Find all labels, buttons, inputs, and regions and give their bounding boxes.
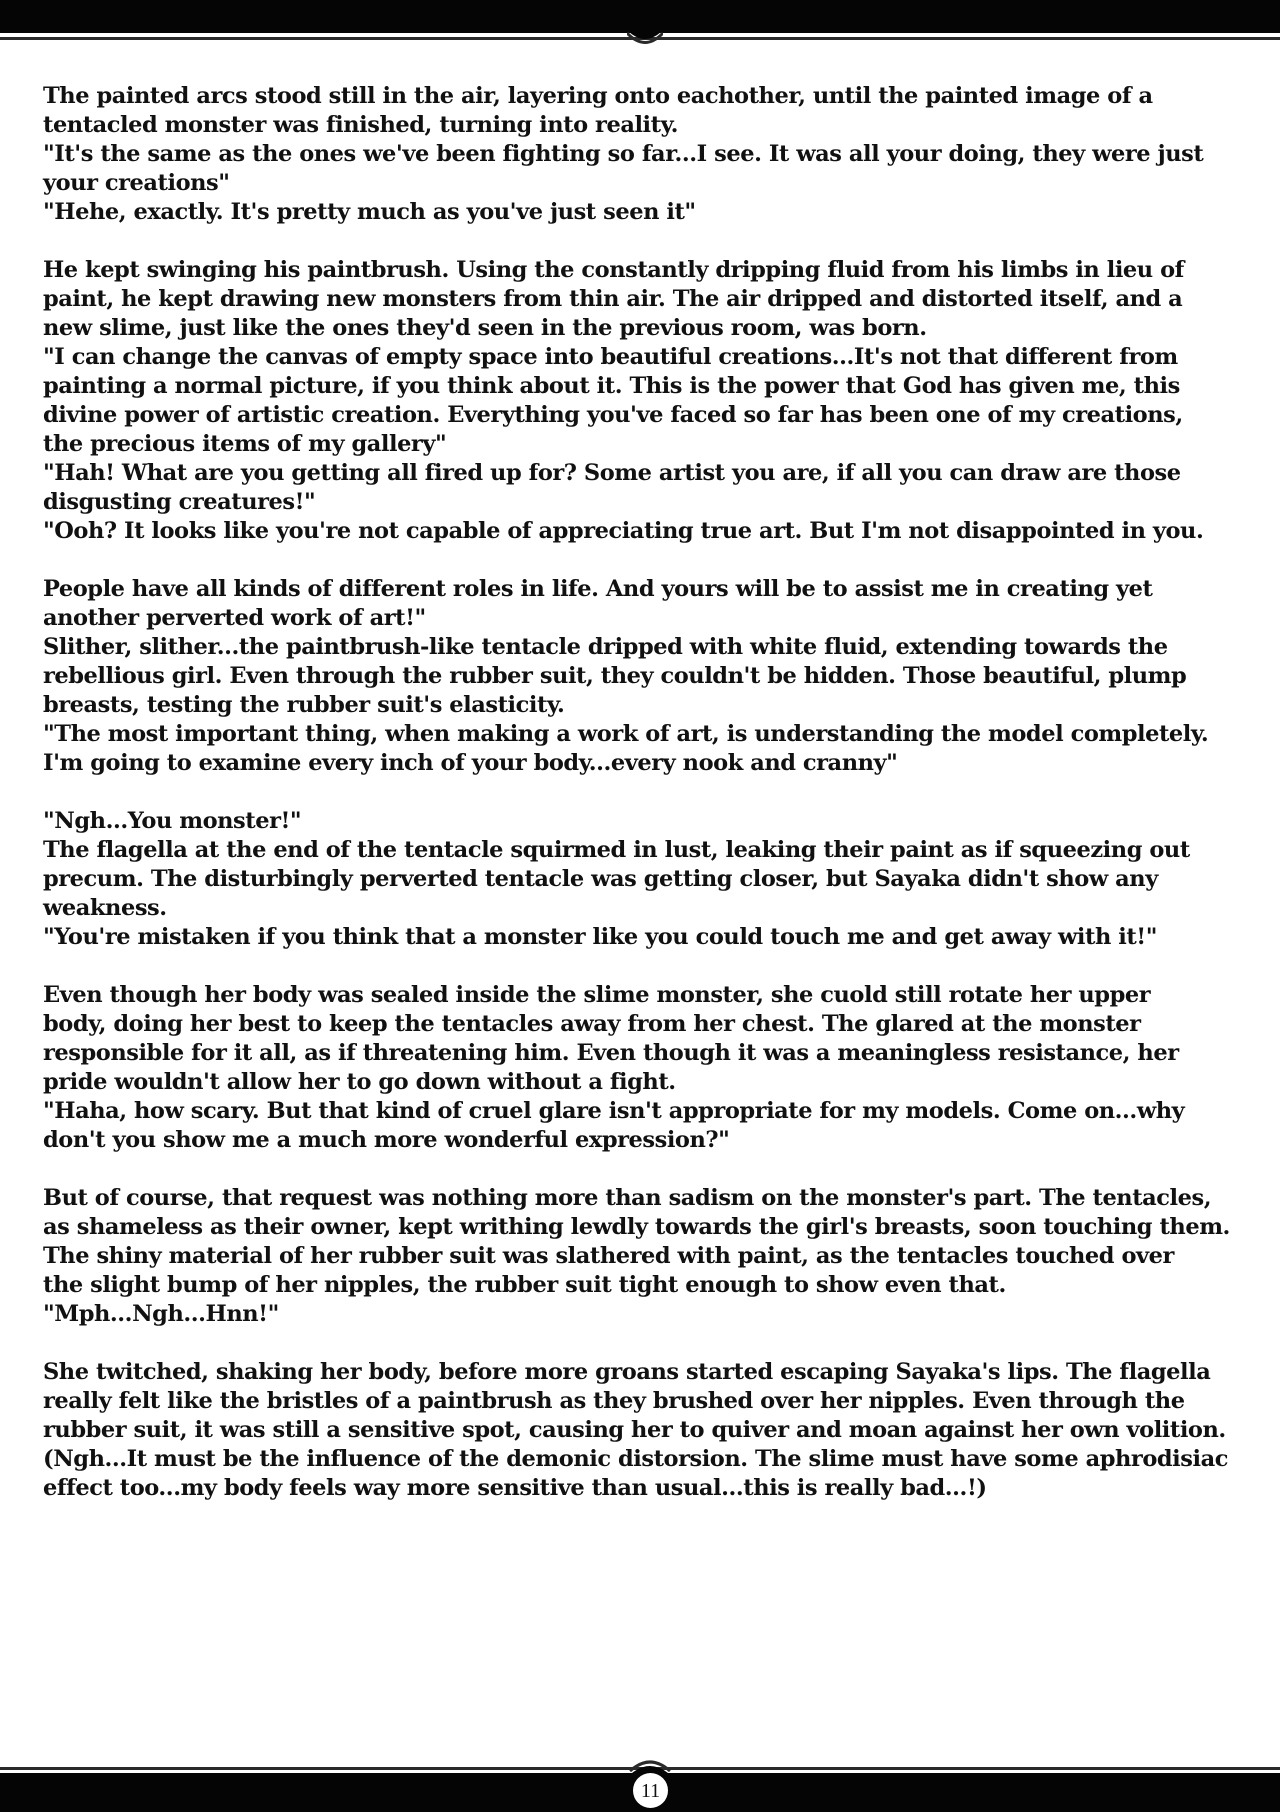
text-line: precum. The disturbingly perverted tenta… xyxy=(43,865,1273,894)
text-line: rubber suit, it was still a sensitive sp… xyxy=(43,1416,1273,1445)
text-line: disgusting creatures!" xyxy=(43,488,1273,517)
text-line: the slight bump of her nipples, the rubb… xyxy=(43,1271,1273,1300)
text-line: "It's the same as the ones we've been fi… xyxy=(43,140,1273,169)
text-line: "Haha, how scary. But that kind of cruel… xyxy=(43,1097,1273,1126)
text-line: another perverted work of art!" xyxy=(43,604,1273,633)
text-line: really felt like the bristles of a paint… xyxy=(43,1387,1273,1416)
text-line: breasts, testing the rubber suit's elast… xyxy=(43,691,1273,720)
text-line: "Hehe, exactly. It's pretty much as you'… xyxy=(43,198,1273,227)
header-notch-ornament xyxy=(627,18,663,46)
text-line: paint, he kept drawing new monsters from… xyxy=(43,285,1273,314)
text-line: responsible for it all, as if threatenin… xyxy=(43,1039,1273,1068)
text-line: I'm going to examine every inch of your … xyxy=(43,749,1273,778)
text-line: But of course, that request was nothing … xyxy=(43,1184,1273,1213)
text-line: The shiny material of her rubber suit wa… xyxy=(43,1242,1273,1271)
text-line: "You're mistaken if you think that a mon… xyxy=(43,923,1273,952)
text-line: effect too...my body feels way more sens… xyxy=(43,1474,1273,1503)
text-line: He kept swinging his paintbrush. Using t… xyxy=(43,256,1273,285)
text-line: (Ngh...It must be the influence of the d… xyxy=(43,1445,1273,1474)
text-line: as shameless as their owner, kept writhi… xyxy=(43,1213,1273,1242)
text-line: divine power of artistic creation. Every… xyxy=(43,401,1273,430)
paragraph-break xyxy=(43,952,1273,981)
paragraph-break xyxy=(43,546,1273,575)
text-line: "Mph...Ngh...Hnn!" xyxy=(43,1300,1273,1329)
text-line: The flagella at the end of the tentacle … xyxy=(43,836,1273,865)
text-line: weakness. xyxy=(43,894,1273,923)
text-line: Slither, slither...the paintbrush-like t… xyxy=(43,633,1273,662)
text-line: People have all kinds of different roles… xyxy=(43,575,1273,604)
paragraph-break xyxy=(43,1155,1273,1184)
text-line: painting a normal picture, if you think … xyxy=(43,372,1273,401)
text-line: "I can change the canvas of empty space … xyxy=(43,343,1273,372)
paragraph-break xyxy=(43,227,1273,256)
text-line: The painted arcs stood still in the air,… xyxy=(43,82,1273,111)
text-line: tentacled monster was finished, turning … xyxy=(43,111,1273,140)
text-line: She twitched, shaking her body, before m… xyxy=(43,1358,1273,1387)
text-line: "Ooh? It looks like you're not capable o… xyxy=(43,517,1273,546)
text-line: new slime, just like the ones they'd see… xyxy=(43,314,1273,343)
paragraph-break xyxy=(43,778,1273,807)
text-line: "Ngh...You monster!" xyxy=(43,807,1273,836)
text-line: the precious items of my gallery" xyxy=(43,430,1273,459)
text-line: "Hah! What are you getting all fired up … xyxy=(43,459,1273,488)
text-line: don't you show me a much more wonderful … xyxy=(43,1126,1273,1155)
text-line: rebellious girl. Even through the rubber… xyxy=(43,662,1273,691)
page-number: 11 xyxy=(633,1773,668,1808)
paragraph-break xyxy=(43,1329,1273,1358)
page-body-text: The painted arcs stood still in the air,… xyxy=(43,82,1273,1503)
text-line: body, doing her best to keep the tentacl… xyxy=(43,1010,1273,1039)
text-line: Even though her body was sealed inside t… xyxy=(43,981,1273,1010)
text-line: pride wouldn't allow her to go down with… xyxy=(43,1068,1273,1097)
text-line: "The most important thing, when making a… xyxy=(43,720,1273,749)
text-line: your creations" xyxy=(43,169,1273,198)
